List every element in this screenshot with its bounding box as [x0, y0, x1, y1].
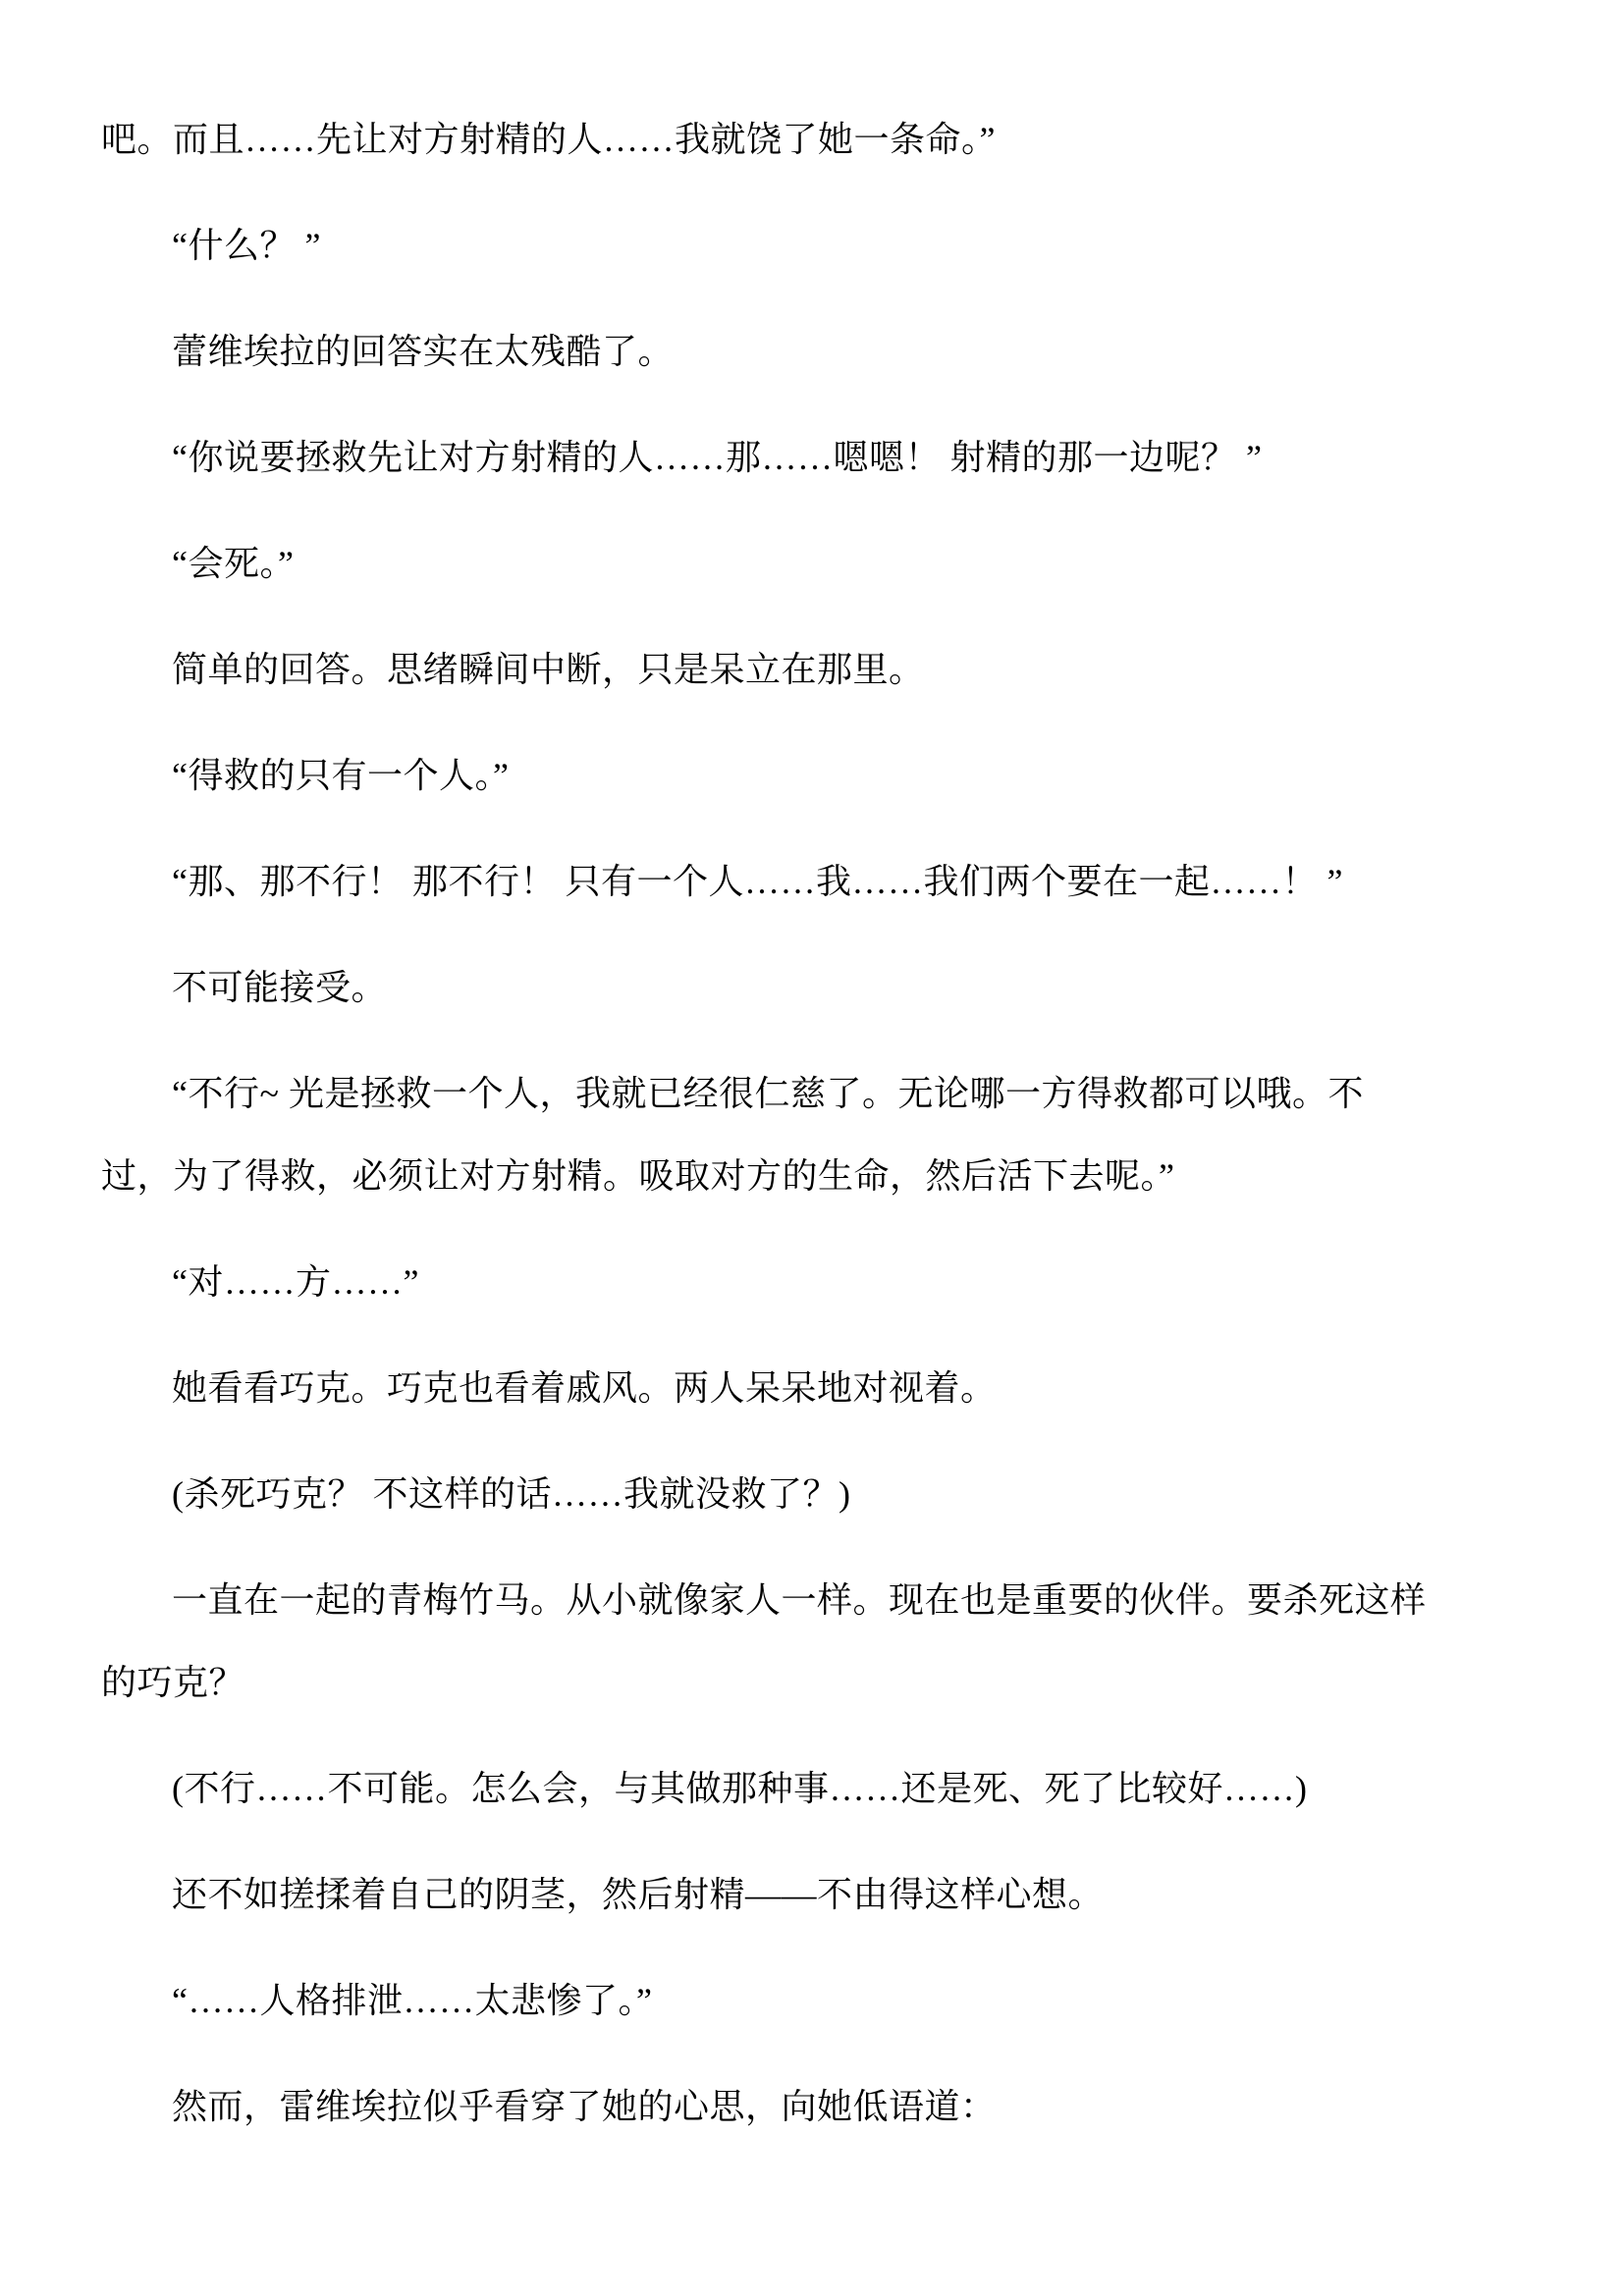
- paragraph: “对……方……”: [101, 1241, 1531, 1323]
- paragraph: (不行……不可能。怎么会，与其做那种事……还是死、死了比较好……): [101, 1747, 1531, 1830]
- text-line: “会死。”: [101, 522, 1531, 605]
- text-line: “你说要拯救先让对方射精的人……那……嗯嗯！ 射精的那一边呢？ ”: [101, 416, 1531, 499]
- text-line: “那、那不行！ 那不行！ 只有一个人……我……我们两个要在一起……！ ”: [101, 840, 1531, 923]
- text-line: 过，为了得救，必须让对方射精。吸取对方的生命，然后活下去呢。”: [101, 1135, 1531, 1217]
- text-line: 一直在一起的青梅竹马。从小就像家人一样。现在也是重要的伙伴。要杀死这样: [101, 1559, 1531, 1641]
- text-line: 简单的回答。思绪瞬间中断，只是呆立在那里。: [101, 628, 1531, 711]
- text-line: 然而，雷维埃拉似乎看穿了她的心思，向她低语道：: [101, 2065, 1531, 2148]
- text-line: “得救的只有一个人。”: [101, 734, 1531, 817]
- text-line: 还不如搓揉着自己的阴茎，然后射精——不由得这样心想。: [101, 1853, 1531, 1936]
- document-page: 吧。而且……先让对方射精的人……我就饶了她一条命。” “什么？ ” 蕾维埃拉的回…: [0, 0, 1624, 2296]
- text-line: 的巧克？: [101, 1641, 1531, 1724]
- text-line: 她看看巧克。巧克也看着戚风。两人呆呆地对视着。: [101, 1347, 1531, 1429]
- paragraph: 然而，雷维埃拉似乎看穿了她的心思，向她低语道：: [101, 2065, 1531, 2148]
- text-line: “不行~ 光是拯救一个人，我就已经很仁慈了。无论哪一方得救都可以哦。不: [101, 1052, 1531, 1135]
- paragraph: 蕾维埃拉的回答实在太残酷了。: [101, 310, 1531, 393]
- text-line: “对……方……”: [101, 1241, 1531, 1323]
- paragraph: 一直在一起的青梅竹马。从小就像家人一样。现在也是重要的伙伴。要杀死这样 的巧克？: [101, 1559, 1531, 1724]
- paragraph: 简单的回答。思绪瞬间中断，只是呆立在那里。: [101, 628, 1531, 711]
- text-line: (不行……不可能。怎么会，与其做那种事……还是死、死了比较好……): [101, 1747, 1531, 1830]
- paragraph: 还不如搓揉着自己的阴茎，然后射精——不由得这样心想。: [101, 1853, 1531, 1936]
- paragraph: “那、那不行！ 那不行！ 只有一个人……我……我们两个要在一起……！ ”: [101, 840, 1531, 923]
- text-line: “……人格排泄……太悲惨了。”: [101, 1959, 1531, 2042]
- paragraph: “什么？ ”: [101, 204, 1531, 287]
- paragraph: “不行~ 光是拯救一个人，我就已经很仁慈了。无论哪一方得救都可以哦。不 过，为了…: [101, 1052, 1531, 1217]
- paragraph: 吧。而且……先让对方射精的人……我就饶了她一条命。”: [101, 98, 1531, 181]
- paragraph: 不可能接受。: [101, 946, 1531, 1029]
- text-line: 吧。而且……先让对方射精的人……我就饶了她一条命。”: [101, 98, 1531, 181]
- paragraph: “会死。”: [101, 522, 1531, 605]
- text-line: 蕾维埃拉的回答实在太残酷了。: [101, 310, 1531, 393]
- paragraph: (杀死巧克？ 不这样的话……我就没救了？): [101, 1453, 1531, 1535]
- text-line: “什么？ ”: [101, 204, 1531, 287]
- paragraph: 她看看巧克。巧克也看着戚风。两人呆呆地对视着。: [101, 1347, 1531, 1429]
- text-line: (杀死巧克？ 不这样的话……我就没救了？): [101, 1453, 1531, 1535]
- paragraph: “得救的只有一个人。”: [101, 734, 1531, 817]
- text-line: 不可能接受。: [101, 946, 1531, 1029]
- paragraph: “你说要拯救先让对方射精的人……那……嗯嗯！ 射精的那一边呢？ ”: [101, 416, 1531, 499]
- paragraph: “……人格排泄……太悲惨了。”: [101, 1959, 1531, 2042]
